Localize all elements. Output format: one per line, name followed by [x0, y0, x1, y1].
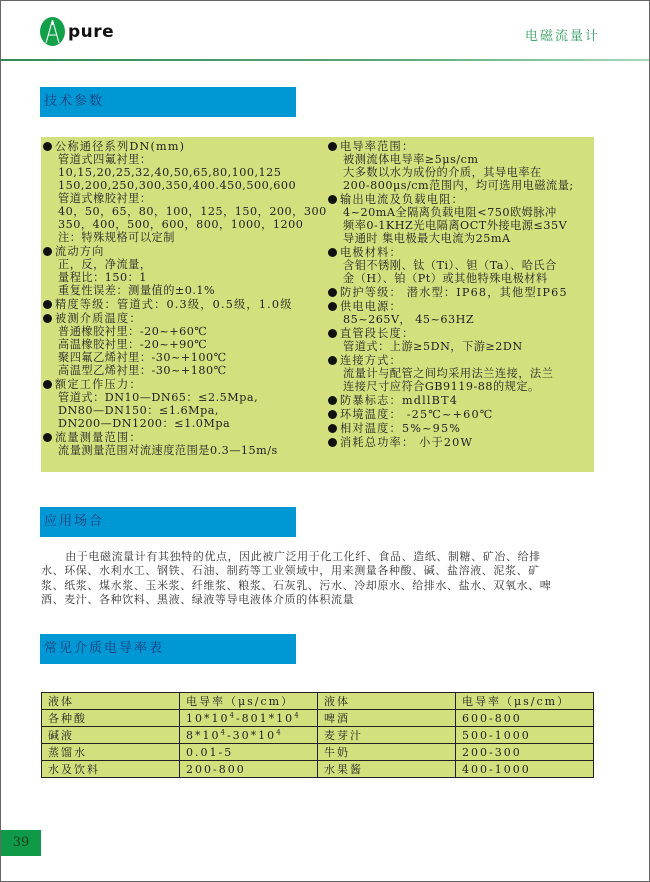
spec-title: 精度等级：管道式：0.3级，0.5级，1.0级: [43, 298, 333, 311]
spec-item: 相对温度：5%~95%: [328, 422, 598, 435]
spec-title-text: 供电电源：: [340, 300, 402, 313]
spec-title-text: 直管段长度：: [340, 327, 414, 340]
spec-title: 流量测量范围：: [43, 431, 333, 444]
spec-line: 高温橡胶衬里：-20~+90℃: [43, 338, 333, 351]
spec-line: 注：特殊规格可以定制: [43, 231, 333, 244]
page-number: 39: [1, 830, 41, 856]
spec-title-text: 被测介质温度：: [55, 312, 142, 325]
spec-line: 管道式橡胶衬里：: [43, 192, 333, 205]
spec-column-left: 公称通径系列DN(mm)管道式四氟衬里：10,15,20,25,32,40,50…: [43, 140, 333, 458]
table-header-row: 液体 电导率（μs/cm） 液体 电导率（μs/cm）: [42, 693, 594, 710]
spec-item: 被测介质温度：普通橡胶衬里：-20~+60℃高温橡胶衬里：-20~+90℃聚四氟…: [43, 312, 333, 377]
spec-item: 直管段长度：管道式：上游≥5DN，下游≥2DN: [328, 327, 598, 353]
spec-line: 150,200,250,300,350,400.450,500,600: [43, 179, 333, 192]
table-cell: 8*104-30*104: [180, 727, 318, 744]
table-cell: 600-800: [456, 710, 594, 727]
table-cell: 水及饮料: [42, 761, 180, 778]
table-row: 各种酸 10*104-801*104 啤酒 600-800: [42, 710, 594, 727]
table-row: 蒸馏水 0.01-5 牛奶 200-300: [42, 744, 594, 761]
brand-logo: pure: [40, 17, 114, 46]
spec-line: 85~265V， 45~63HZ: [328, 313, 598, 326]
header-cell: 液体: [42, 693, 180, 710]
spec-line: 含钼不锈刚、钛（Ti）、钽（Ta）、哈氏合: [328, 259, 598, 272]
spec-item: 供电电源：85~265V， 45~63HZ: [328, 300, 598, 326]
spec-line: DN200—DN1200：≤1.0Mpa: [43, 417, 333, 430]
header-divider: [1, 59, 649, 61]
spec-item: 公称通径系列DN(mm)管道式四氟衬里：10,15,20,25,32,40,50…: [43, 140, 333, 244]
table-row: 碱液 8*104-30*104 麦芽汁 500-1000: [42, 727, 594, 744]
spec-line: 大多数以水为成份的介质，其导电率在: [328, 166, 598, 179]
spec-box: 公称通径系列DN(mm)管道式四氟衬里：10,15,20,25,32,40,50…: [41, 137, 594, 472]
logo-text: pure: [68, 22, 114, 42]
spec-item: 输出电流及负载电阻：4~20mA全隔离负载电阻<750欧姆脉冲频率0-1KHZ光…: [328, 193, 598, 245]
spec-item: 流量测量范围：流量测量范围对流速度范围是0.3—15m/s: [43, 431, 333, 457]
table-cell: 各种酸: [42, 710, 180, 727]
spec-line: 40，50，65，80，100，125，150，200，300: [43, 205, 333, 218]
table-cell: 牛奶: [318, 744, 456, 761]
bullet-icon: [328, 248, 337, 257]
spec-title-text: 电极材料：: [340, 246, 402, 259]
section-heading-applications: 应用场合: [40, 507, 296, 537]
table-cell: 蒸馏水: [42, 744, 180, 761]
table-cell: 水果酱: [318, 761, 456, 778]
spec-line: 200-800μs/cm范围内，均可选用电磁流量;: [328, 179, 598, 192]
conductivity-table: 液体 电导率（μs/cm） 液体 电导率（μs/cm） 各种酸 10*104-8…: [41, 692, 594, 778]
spec-title: 流动方向: [43, 245, 333, 258]
bullet-icon: [328, 142, 337, 151]
spec-line: 金（H）、铂（Pt）或其他特殊电极材料: [328, 272, 598, 285]
header-cell: 液体: [318, 693, 456, 710]
bullet-icon: [328, 195, 337, 204]
spec-item: 防护等级： 潜水型：IP68，其他型IP65: [328, 286, 598, 299]
spec-title: 消耗总功率： 小于20W: [328, 436, 598, 449]
spec-title-text: 输出电流及负载电阻：: [340, 193, 464, 206]
bullet-icon: [43, 300, 52, 309]
spec-item: 电导率范围：被测流体电导率≥5μs/cm大多数以水为成份的介质，其导电率在200…: [328, 140, 598, 192]
spec-item: 环境温度： -25℃~+60℃: [328, 408, 598, 421]
spec-title: 公称通径系列DN(mm): [43, 140, 333, 153]
spec-line: 4~20mA全隔离负载电阻<750欧姆脉冲: [328, 206, 598, 219]
spec-title-text: 相对温度：5%~95%: [340, 422, 461, 435]
header-title: 电磁流量计: [525, 25, 600, 44]
spec-item: 防暴标志：mdllBT4: [328, 394, 598, 407]
spec-item: 流动方向正，反，净流量，量程比：150：1重复性误差：测量值的±0.1%: [43, 245, 333, 297]
spec-title: 电极材料：: [328, 246, 598, 259]
spec-line: 导通时 集电极最大电流为25mA: [328, 232, 598, 245]
spec-title-text: 精度等级：管道式：0.3级，0.5级，1.0级: [55, 298, 293, 311]
bullet-icon: [43, 314, 52, 323]
spec-line: 普通橡胶衬里：-20~+60℃: [43, 325, 333, 338]
spec-line: 管道式四氟衬里：: [43, 153, 333, 166]
spec-title: 相对温度：5%~95%: [328, 422, 598, 435]
table-cell: 200-300: [456, 744, 594, 761]
bullet-icon: [43, 433, 52, 442]
spec-line: 被测流体电导率≥5μs/cm: [328, 153, 598, 166]
spec-title: 额定工作压力：: [43, 378, 333, 391]
table-cell: 0.01-5: [180, 744, 318, 761]
table-row: 水及饮料 200-800 水果酱 400-1000: [42, 761, 594, 778]
table-cell: 麦芽汁: [318, 727, 456, 744]
bullet-icon: [328, 302, 337, 311]
spec-line: 10,15,20,25,32,40,50,65,80,100,125: [43, 166, 333, 179]
spec-line: DN80—DN150：≤1.6Mpa,: [43, 404, 333, 417]
spec-item: 消耗总功率： 小于20W: [328, 436, 598, 449]
section-heading-tech: 技术参数: [40, 87, 296, 117]
spec-line: 管道式：DN10—DN65：≤2.5Mpa,: [43, 391, 333, 404]
spec-line: 聚四氟乙烯衬里：-30~+100℃: [43, 351, 333, 364]
spec-item: 电极材料：含钼不锈刚、钛（Ti）、钽（Ta）、哈氏合金（H）、铂（Pt）或其他特…: [328, 246, 598, 285]
spec-title-text: 连接方式：: [340, 354, 402, 367]
header-cell: 电导率（μs/cm）: [180, 693, 318, 710]
spec-title-text: 流量测量范围：: [55, 431, 142, 444]
spec-title-text: 额定工作压力：: [55, 378, 142, 391]
spec-title: 电导率范围：: [328, 140, 598, 153]
section-heading-conductivity: 常见介质电导率表: [40, 634, 296, 664]
spec-title-text: 防暴标志：mdllBT4: [340, 394, 458, 407]
spec-title-text: 公称通径系列DN(mm): [55, 140, 185, 153]
bullet-icon: [43, 247, 52, 256]
spec-line: 管道式：上游≥5DN，下游≥2DN: [328, 340, 598, 353]
header-cell: 电导率（μs/cm）: [456, 693, 594, 710]
table-cell: 碱液: [42, 727, 180, 744]
spec-title: 输出电流及负载电阻：: [328, 193, 598, 206]
spec-item: 精度等级：管道式：0.3级，0.5级，1.0级: [43, 298, 333, 311]
spec-title: 环境温度： -25℃~+60℃: [328, 408, 598, 421]
bullet-icon: [328, 438, 337, 447]
spec-title: 被测介质温度：: [43, 312, 333, 325]
spec-title-text: 消耗总功率： 小于20W: [340, 436, 473, 449]
spec-title: 供电电源：: [328, 300, 598, 313]
spec-title: 直管段长度：: [328, 327, 598, 340]
bullet-icon: [328, 288, 337, 297]
spec-item: 连接方式：流量计与配管之间均采用法兰连接，法兰连接尺寸应符合GB9119-88的…: [328, 354, 598, 393]
applications-paragraph: 由于电磁流量计有其独特的优点，因此被广泛用于化工化纤、食品、造纸、制糖、矿冶、给…: [41, 550, 561, 607]
spec-title: 防暴标志：mdllBT4: [328, 394, 598, 407]
spec-title-text: 环境温度： -25℃~+60℃: [340, 408, 494, 421]
spec-line: 高温型乙烯衬里：-30~+180℃: [43, 364, 333, 377]
spec-column-right: 电导率范围：被测流体电导率≥5μs/cm大多数以水为成份的介质，其导电率在200…: [328, 140, 598, 450]
spec-title-text: 防护等级： 潜水型：IP68，其他型IP65: [340, 286, 568, 299]
spec-line: 350，400，500，600，800，1000，1200: [43, 218, 333, 231]
table-cell: 400-1000: [456, 761, 594, 778]
bullet-icon: [328, 396, 337, 405]
spec-title-text: 流动方向: [55, 245, 105, 258]
bullet-icon: [328, 329, 337, 338]
spec-line: 流量测量范围对流速度范围是0.3—15m/s: [43, 444, 333, 457]
applications-text: 由于电磁流量计有其独特的优点，因此被广泛用于化工化纤、食品、造纸、制糖、矿冶、给…: [41, 550, 561, 607]
bullet-icon: [43, 380, 52, 389]
spec-line: 量程比：150：1: [43, 271, 333, 284]
spec-line: 频率0-1KHZ光电隔离OCT外接电源≤35V: [328, 219, 598, 232]
spec-title-text: 电导率范围：: [340, 140, 414, 153]
table-cell: 10*104-801*104: [180, 710, 318, 727]
spec-line: 重复性误差：测量值的±0.1%: [43, 284, 333, 297]
bullet-icon: [328, 410, 337, 419]
table-cell: 啤酒: [318, 710, 456, 727]
tower-logo-icon: [40, 17, 65, 46]
bullet-icon: [328, 424, 337, 433]
spec-line: 正，反，净流量，: [43, 258, 333, 271]
spec-line: 连接尺寸应符合GB9119-88的规定。: [328, 380, 598, 393]
table-cell: 200-800: [180, 761, 318, 778]
bullet-icon: [43, 142, 52, 151]
bullet-icon: [328, 356, 337, 365]
spec-line: 流量计与配管之间均采用法兰连接，法兰: [328, 367, 598, 380]
table-cell: 500-1000: [456, 727, 594, 744]
spec-title: 防护等级： 潜水型：IP68，其他型IP65: [328, 286, 598, 299]
spec-item: 额定工作压力：管道式：DN10—DN65：≤2.5Mpa,DN80—DN150：…: [43, 378, 333, 430]
spec-title: 连接方式：: [328, 354, 598, 367]
